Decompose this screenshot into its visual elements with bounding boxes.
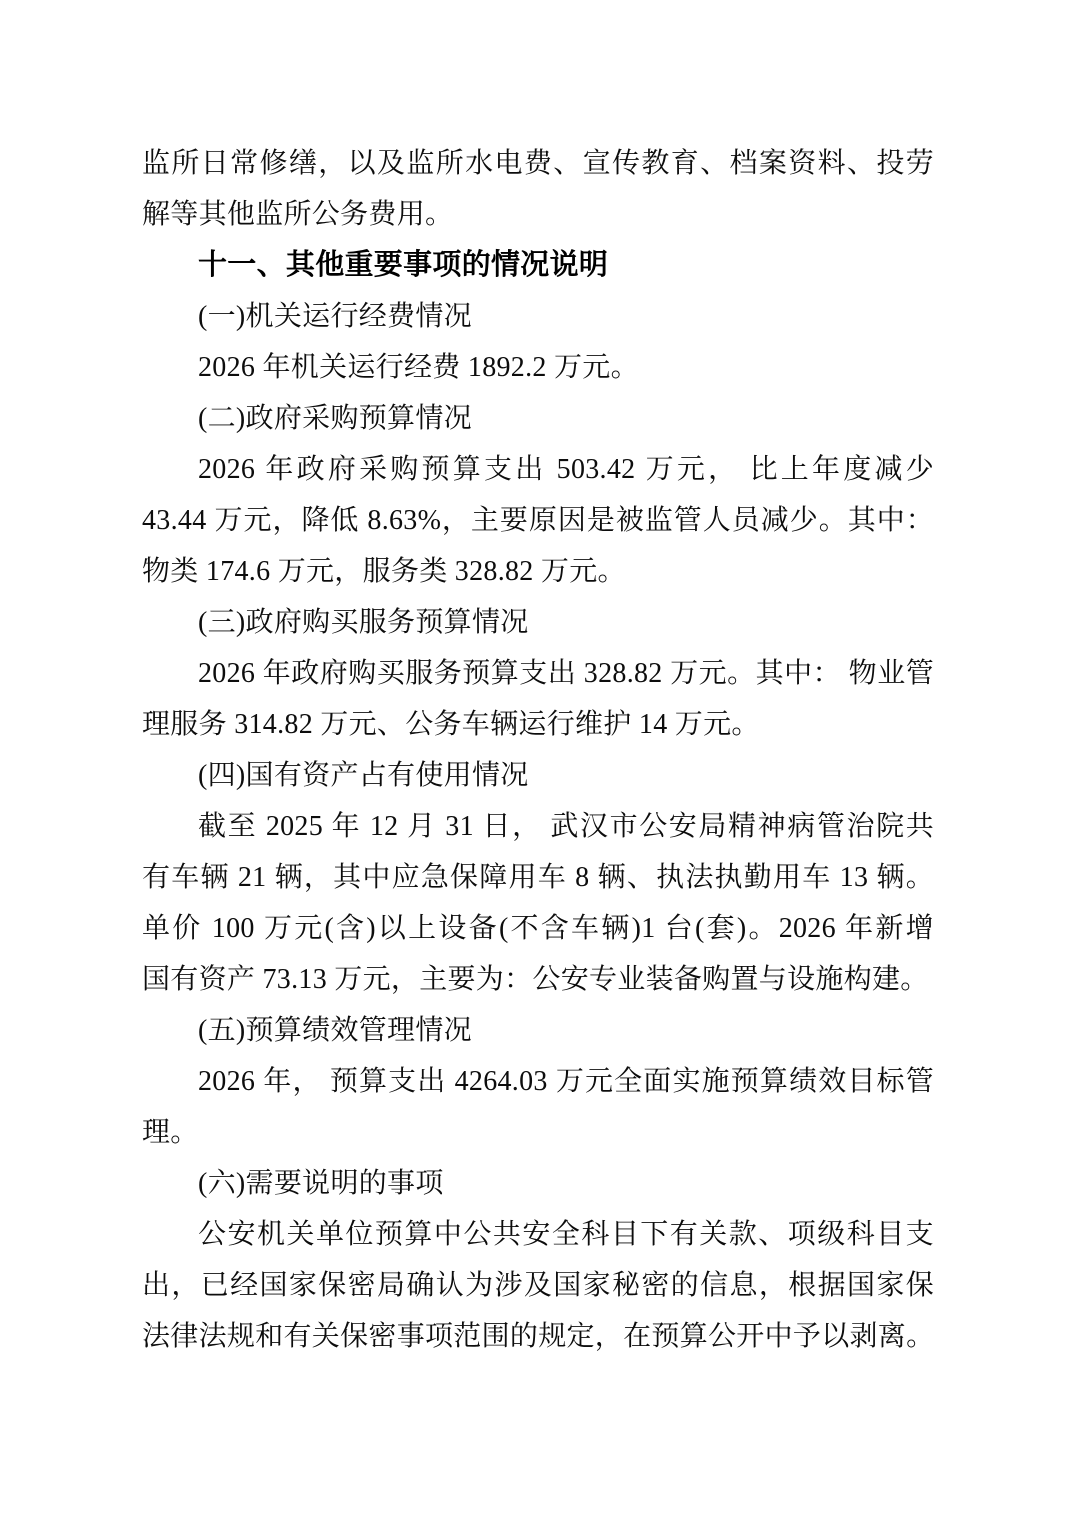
document-page: 监所日常修缮，以及监所水电费、宣传教育、档案资料、投劳押解等其他监所公务费用。十… xyxy=(0,0,1074,1520)
document-body: 监所日常修缮，以及监所水电费、宣传教育、档案资料、投劳押解等其他监所公务费用。十… xyxy=(142,138,934,1362)
body-line: 2026 年政府采购预算支出 503.42 万元， 比上年度减少 xyxy=(142,444,934,495)
body-line: 监所日常修缮，以及监所水电费、宣传教育、档案资料、投劳押 xyxy=(142,138,934,189)
body-line: 物类 174.6 万元，服务类 328.82 万元。 xyxy=(142,546,934,597)
body-line: 单价 100 万元(含)以上设备(不含车辆)1 台(套)。2026 年新增 xyxy=(142,903,934,954)
body-line: 国有资产 73.13 万元，主要为：公安专业装备购置与设施构建。 xyxy=(142,954,934,1005)
subsection-heading: (六)需要说明的事项 xyxy=(142,1158,934,1209)
body-line: 有车辆 21 辆，其中应急保障用车 8 辆、执法执勤用车 13 辆。 xyxy=(142,852,934,903)
subsection-heading: (三)政府购买服务预算情况 xyxy=(142,597,934,648)
body-line: 出，已经国家保密局确认为涉及国家秘密的信息，根据国家保密 xyxy=(142,1260,934,1311)
body-line: 43.44 万元，降低 8.63%，主要原因是被监管人员减少。其中：货 xyxy=(142,495,934,546)
section-heading: 十一、其他重要事项的情况说明 xyxy=(142,240,934,291)
body-line: 解等其他监所公务费用。 xyxy=(142,189,934,240)
subsection-heading: (二)政府采购预算情况 xyxy=(142,393,934,444)
body-line: 2026 年机关运行经费 1892.2 万元。 xyxy=(142,342,934,393)
body-line: 理。 xyxy=(142,1107,934,1158)
body-line: 2026 年政府购买服务预算支出 328.82 万元。其中： 物业管 xyxy=(142,648,934,699)
body-line: 2026 年， 预算支出 4264.03 万元全面实施预算绩效目标管 xyxy=(142,1056,934,1107)
body-line: 理服务 314.82 万元、公务车辆运行维护 14 万元。 xyxy=(142,699,934,750)
subsection-heading: (五)预算绩效管理情况 xyxy=(142,1005,934,1056)
body-line: 截至 2025 年 12 月 31 日， 武汉市公安局精神病管治院共 xyxy=(142,801,934,852)
subsection-heading: (四)国有资产占有使用情况 xyxy=(142,750,934,801)
body-line: 公安机关单位预算中公共安全科目下有关款、项级科目支 xyxy=(142,1209,934,1260)
subsection-heading: (一)机关运行经费情况 xyxy=(142,291,934,342)
body-line: 法律法规和有关保密事项范围的规定，在预算公开中予以剥离。 xyxy=(142,1311,934,1362)
